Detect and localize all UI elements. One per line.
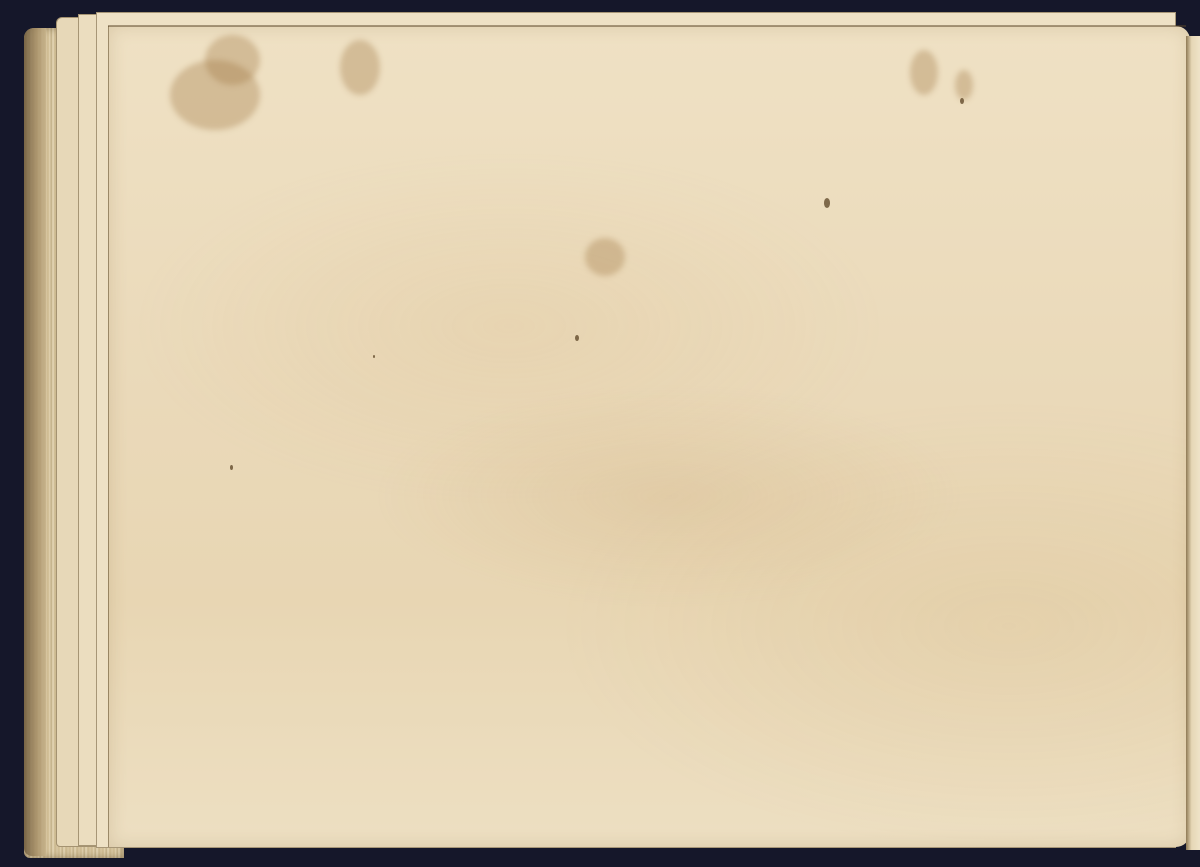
foxing-speck bbox=[824, 198, 830, 208]
stain-top-left-right bbox=[340, 40, 380, 95]
stain-top-right-2 bbox=[955, 70, 973, 100]
stain-center-mark bbox=[585, 238, 625, 276]
stain-top-left-upper bbox=[205, 35, 260, 85]
book-cover-edge bbox=[24, 28, 46, 856]
blank-page bbox=[108, 26, 1190, 847]
page-top-edge bbox=[108, 25, 1186, 27]
facing-page-edge bbox=[1186, 36, 1200, 850]
foxing-speck bbox=[230, 465, 233, 470]
book-photo bbox=[0, 0, 1200, 867]
stain-top-right bbox=[910, 50, 938, 95]
